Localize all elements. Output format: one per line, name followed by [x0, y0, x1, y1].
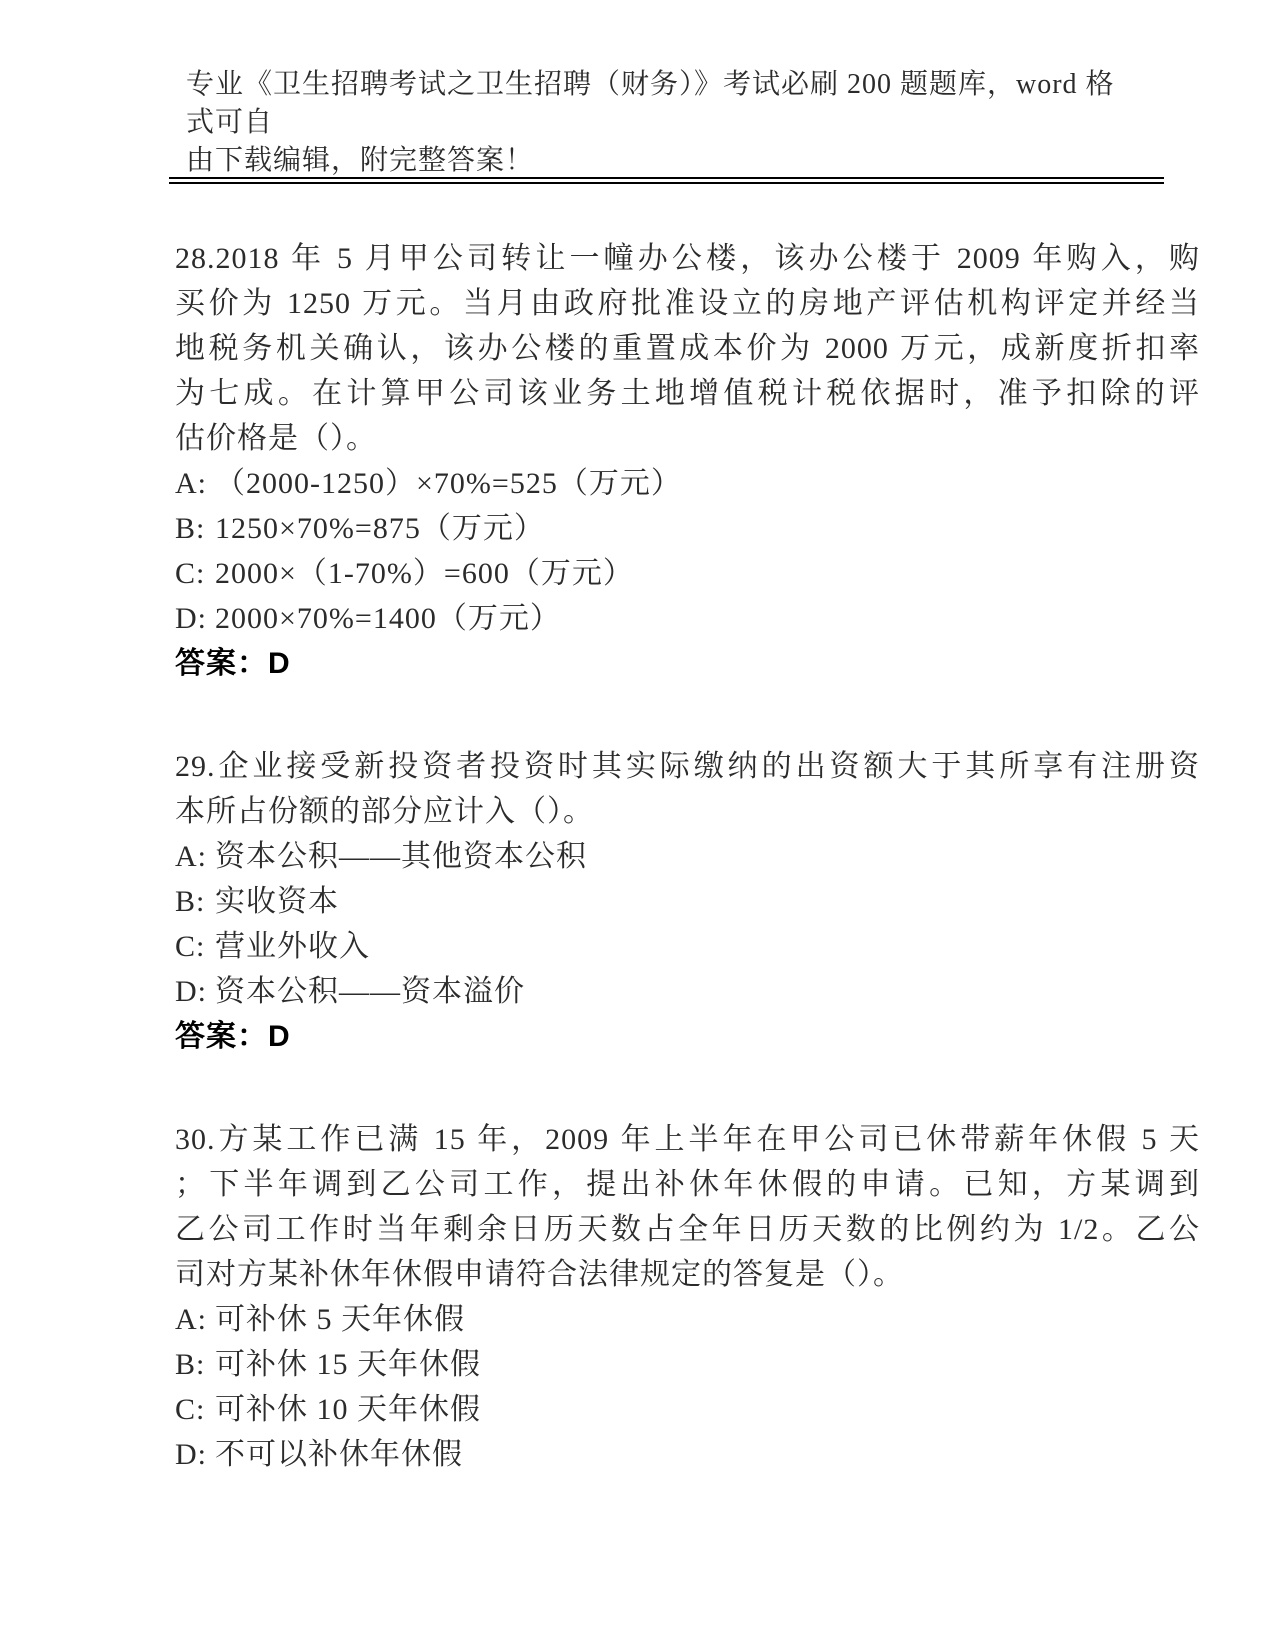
question-30-option-d: D:不可以补休年休假: [175, 1432, 1200, 1477]
question-29-answer: 答案：D: [175, 1014, 1200, 1059]
header-divider-double-line: [169, 177, 1164, 184]
option-label: C:: [175, 1387, 215, 1432]
document-page: { "page": { "background": "#ffffff", "te…: [0, 0, 1275, 1650]
question-29-option-b: B:实收资本: [175, 879, 1200, 924]
option-label: C:: [175, 924, 215, 969]
option-text: 可补休 5 天年休假: [215, 1303, 465, 1336]
question-28-answer: 答案：D: [175, 641, 1200, 686]
question-30-option-a: A:可补休 5 天年休假: [175, 1297, 1200, 1342]
option-label: B:: [175, 879, 215, 924]
option-text: 资本公积——资本溢价: [215, 975, 525, 1008]
question-30-stem-line: 司对方某补休年休假申请符合法律规定的答复是（）。: [175, 1252, 1200, 1297]
document-body: 28.2018 年 5 月甲公司转让一幢办公楼，该办公楼于 2009 年购入，购…: [175, 236, 1200, 1477]
option-text: 不可以补休年休假: [215, 1438, 463, 1471]
question-30-stem-line: 乙公司工作时当年剩余日历天数占全年日历天数的比例约为 1/2。乙公: [175, 1207, 1200, 1252]
option-text: 2000×70%=1400（万元）: [215, 602, 561, 635]
option-text: 营业外收入: [215, 930, 370, 963]
option-label: A:: [175, 1297, 215, 1342]
option-label: A:: [175, 461, 215, 506]
option-text: 可补休 15 天年休假: [215, 1348, 481, 1381]
option-label: B:: [175, 1342, 215, 1387]
option-text: （2000-1250）×70%=525（万元）: [215, 467, 682, 500]
question-30-option-c: C:可补休 10 天年休假: [175, 1387, 1200, 1432]
question-29-stem-line: 29.企业接受新投资者投资时其实际缴纳的出资额大于其所享有注册资: [175, 744, 1200, 789]
question-28-stem-line: 估价格是（）。: [175, 416, 1200, 461]
question-29-option-d: D:资本公积——资本溢价: [175, 969, 1200, 1014]
question-28: 28.2018 年 5 月甲公司转让一幢办公楼，该办公楼于 2009 年购入，购…: [175, 236, 1200, 686]
answer-value: D: [268, 647, 291, 680]
option-label: A:: [175, 834, 215, 879]
option-label: D:: [175, 1432, 215, 1477]
option-text: 2000×（1-70%）=600（万元）: [215, 557, 634, 590]
question-28-option-b: B:1250×70%=875（万元）: [175, 506, 1200, 551]
question-30-option-b: B:可补休 15 天年休假: [175, 1342, 1200, 1387]
question-30-stem-line: ；下半年调到乙公司工作，提出补休年休假的申请。已知，方某调到: [175, 1162, 1200, 1207]
question-30-stem-line: 30.方某工作已满 15 年，2009 年上半年在甲公司已休带薪年休假 5 天: [175, 1117, 1200, 1162]
question-28-stem-line: 地税务机关确认，该办公楼的重置成本价为 2000 万元，成新度折扣率: [175, 326, 1200, 371]
question-28-option-c: C:2000×（1-70%）=600（万元）: [175, 551, 1200, 596]
question-29-option-c: C:营业外收入: [175, 924, 1200, 969]
question-28-option-d: D:2000×70%=1400（万元）: [175, 596, 1200, 641]
option-text: 1250×70%=875（万元）: [215, 512, 545, 545]
document-header: 专业《卫生招聘考试之卫生招聘（财务）》考试必刷 200 题题库，word 格式可…: [186, 66, 1126, 180]
answer-value: D: [268, 1020, 291, 1053]
option-text: 可补休 10 天年休假: [215, 1393, 481, 1426]
option-text: 资本公积——其他资本公积: [215, 840, 587, 873]
question-28-stem-line: 为七成。在计算甲公司该业务土地增值税计税依据时，准予扣除的评: [175, 371, 1200, 416]
question-28-option-a: A:（2000-1250）×70%=525（万元）: [175, 461, 1200, 506]
answer-label: 答案：: [175, 647, 268, 680]
option-label: D:: [175, 969, 215, 1014]
header-line-2: 由下载编辑，附完整答案！: [186, 142, 1126, 180]
question-29: 29.企业接受新投资者投资时其实际缴纳的出资额大于其所享有注册资 本所占份额的部…: [175, 744, 1200, 1059]
header-line-1: 专业《卫生招聘考试之卫生招聘（财务）》考试必刷 200 题题库，word 格式可…: [186, 66, 1126, 142]
question-28-stem-line: 28.2018 年 5 月甲公司转让一幢办公楼，该办公楼于 2009 年购入，购: [175, 236, 1200, 281]
question-30: 30.方某工作已满 15 年，2009 年上半年在甲公司已休带薪年休假 5 天 …: [175, 1117, 1200, 1477]
question-29-option-a: A:资本公积——其他资本公积: [175, 834, 1200, 879]
option-label: D:: [175, 596, 215, 641]
question-28-stem-line: 买价为 1250 万元。当月由政府批准设立的房地产评估机构评定并经当: [175, 281, 1200, 326]
question-29-stem-line: 本所占份额的部分应计入（）。: [175, 789, 1200, 834]
option-text: 实收资本: [215, 885, 339, 918]
option-label: B:: [175, 506, 215, 551]
option-label: C:: [175, 551, 215, 596]
answer-label: 答案：: [175, 1020, 268, 1053]
